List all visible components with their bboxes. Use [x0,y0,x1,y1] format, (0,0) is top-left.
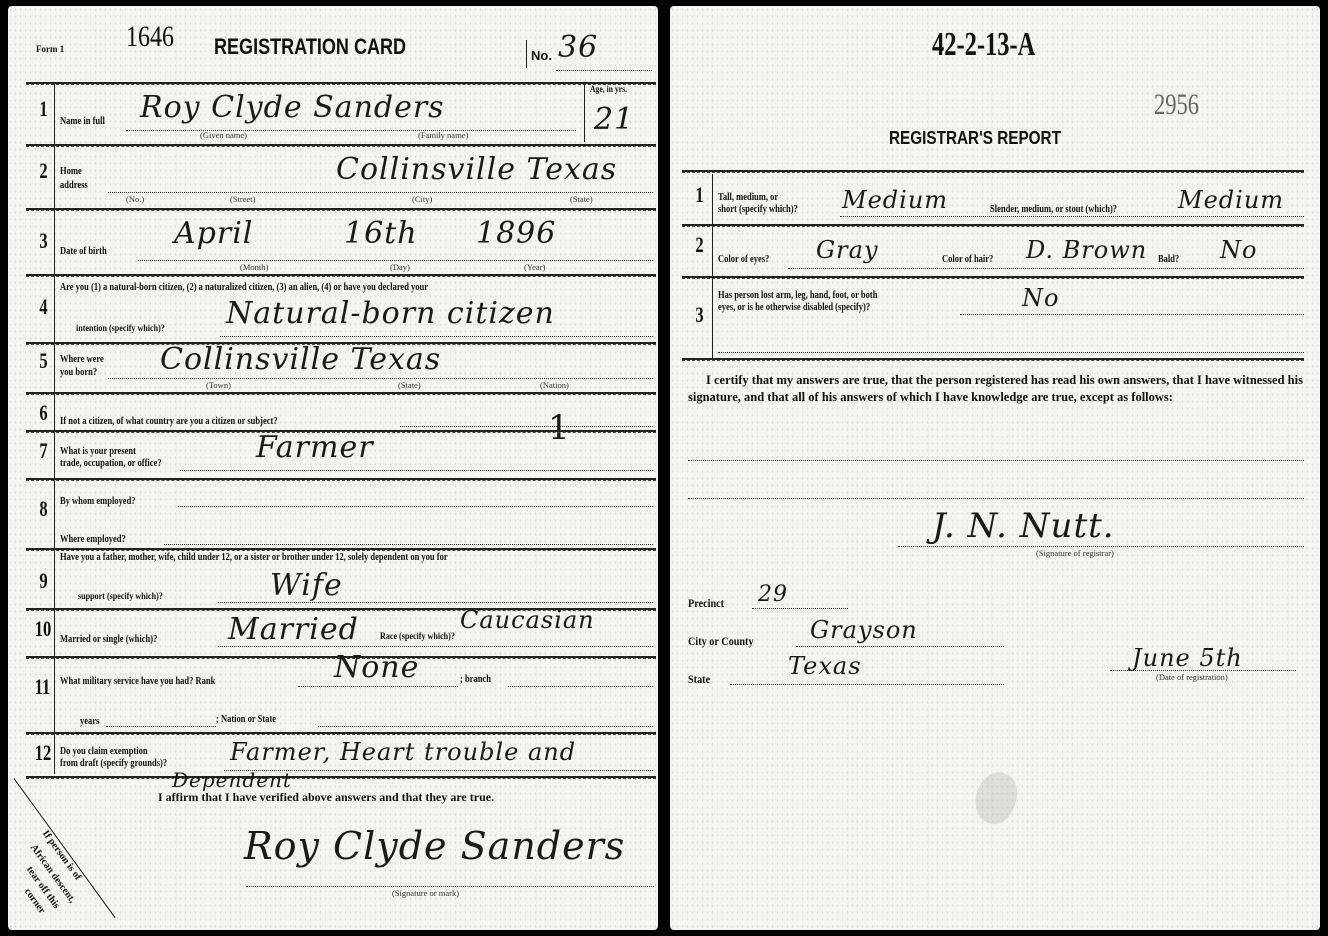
certification-text: I certify that my answers are true, that… [688,372,1308,406]
age-answer: 21 [594,102,634,137]
disability-answer: No [1022,284,1059,312]
name-label: Name in full [60,116,105,127]
exemption-answer-continued: Dependent [172,768,292,792]
report-number: 2956 [1154,88,1199,122]
registrant-signature: Roy Clyde Sanders [244,824,625,868]
classification-stamp: 42-2-13-A [932,26,1035,64]
number-column-divider [54,84,55,774]
hair-color-answer: D. Brown [1026,236,1147,264]
affirmation-text: I affirm that I have verified above answ… [158,790,494,805]
home-address-answer: Collinsville Texas [336,152,617,187]
registrar-report-back: 42-2-13-A 2956 REGISTRAR'S REPORT 1 Tall… [670,6,1320,930]
county-label: City or County [688,634,754,649]
state-value: Texas [788,652,862,680]
birth-year: 1896 [476,216,556,251]
race-answer: Caucasian [460,606,595,634]
dependents-answer: Wife [270,568,343,603]
name-answer: Roy Clyde Sanders [140,90,445,125]
signature-label: (Signature or mark) [392,888,459,898]
registration-date-label: (Date of registration) [1156,672,1228,682]
exemption-answer: Farmer, Heart trouble and [230,738,576,766]
eye-color-answer: Gray [816,236,879,264]
watermark-leaf-icon [968,767,1023,830]
serial-number: 1646 [126,20,174,54]
row-number: 1 [39,96,47,122]
birth-month: April [174,216,253,251]
registrar-signature-label: (Signature of registrar) [1036,548,1114,558]
no-label: No. [531,48,552,63]
report-title: REGISTRAR'S REPORT [889,128,1061,149]
bald-answer: No [1220,236,1257,264]
build-answer: Medium [1178,186,1284,214]
occupation-answer: Farmer [256,430,374,465]
height-answer: Medium [842,186,948,214]
citizen-of-answer: 1 [548,408,571,448]
card-title: REGISTRATION CARD [214,34,406,60]
birthplace-answer: Collinsville Texas [160,342,441,377]
marital-status-answer: Married [228,612,359,647]
divider [526,40,527,68]
county-value: Grayson [810,616,918,644]
citizenship-answer: Natural-born citizen [226,296,555,331]
military-rank-answer: None [334,650,419,685]
state-label: State [688,672,710,687]
precinct-label: Precinct [688,596,724,611]
registration-card-front: Form 1 1646 REGISTRATION CARD No. 36 1 N… [8,6,658,930]
precinct-value: 29 [758,582,788,607]
registration-date: June 5th [1132,644,1243,672]
birth-day: 16th [344,216,418,251]
card-number: 36 [558,30,598,65]
age-label: Age, in yrs. [590,84,627,94]
registrar-signature: J. N. Nutt. [932,506,1115,546]
form-label: Form 1 [36,44,64,54]
